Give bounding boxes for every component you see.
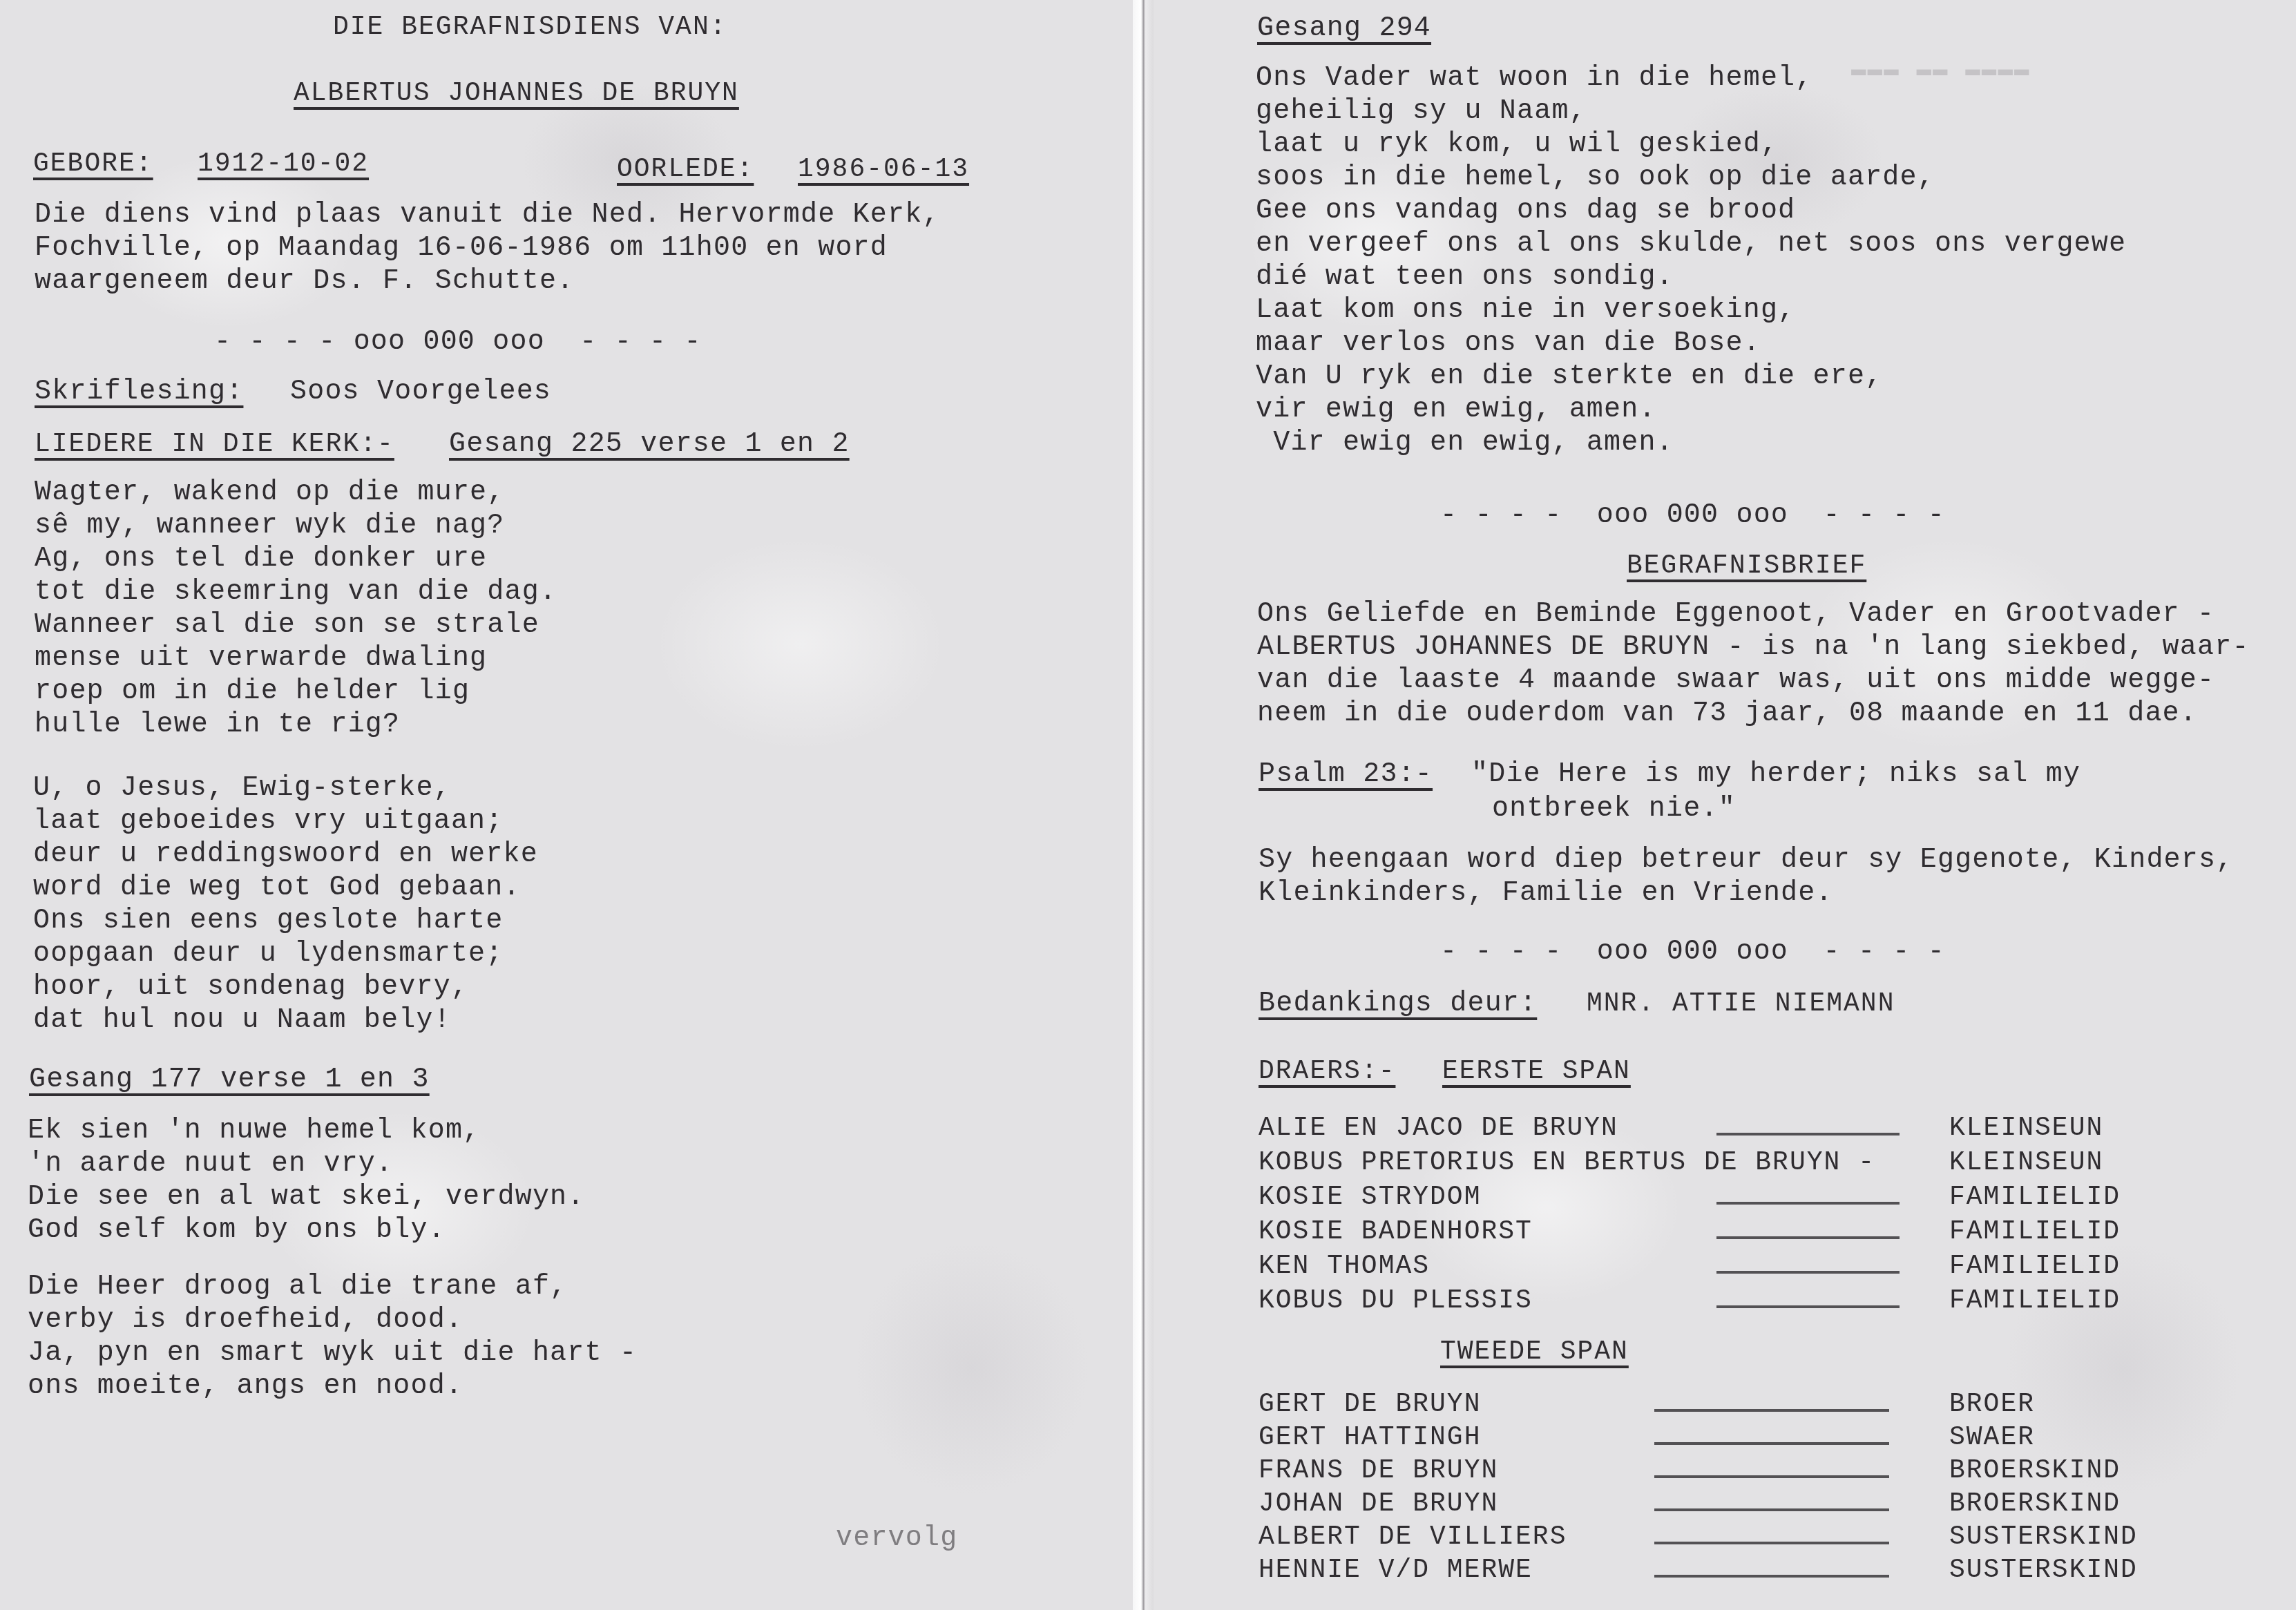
thanks-value: MNR. ATTIE NIEMANN (1587, 988, 1895, 1021)
mourning-line: Kleinkinders, Familie en Vriende. (1259, 877, 1833, 910)
verse-line: laat geboeides vry uitgaan; (33, 805, 504, 838)
divider: - - - - ooo 000 ooo - - - - (214, 326, 702, 359)
verse-line: Ja, pyn en smart wyk uit die hart - (28, 1337, 637, 1370)
service-line: waargeneem deur Ds. F. Schutte. (35, 265, 574, 298)
prayer-line: en vergeef ons al ons skulde, net soos o… (1256, 228, 2126, 261)
born-label: GEBORE: (33, 148, 153, 181)
obituary-line: neem in die ouderdom van 73 jaar, 08 maa… (1257, 698, 2197, 731)
scripture-label: Skriflesing: (35, 376, 243, 409)
bearer-name: JOHAN DE BRUYN (1259, 1488, 1498, 1521)
prayer-line: Gee ons vandag ons dag se brood (1256, 195, 1795, 228)
bearers-label: DRAERS:- (1259, 1055, 1395, 1089)
bearer-name: GERT DE BRUYN (1259, 1388, 1481, 1421)
leader-rule (1654, 1575, 1889, 1578)
verse-line: Die Heer droog al die trane af, (28, 1271, 567, 1304)
leader-rule (1716, 1271, 1900, 1274)
verse-line: Wanneer sal die son se strale (35, 609, 539, 642)
died-label: OORLEDE: (617, 153, 754, 186)
verse-line: 'n aarde nuut en vry. (28, 1148, 393, 1181)
verse-line: word die weg tot God gebaan. (33, 872, 521, 905)
bearer-name: KOSIE STRYDOM (1259, 1181, 1481, 1214)
verse-line: ons moeite, angs en nood. (28, 1370, 463, 1403)
bearer-name: KEN THOMAS (1259, 1250, 1430, 1283)
prayer-line: soos in die hemel, so ook op die aarde, (1256, 162, 1935, 195)
prayer-line: laat u ryk kom, u wil geskied, (1256, 128, 1778, 162)
verse-line: God self kom by ons bly. (28, 1214, 446, 1247)
service-line: Die diens vind plaas vanuit die Ned. Her… (35, 199, 940, 232)
second-team-title: TWEEDE SPAN (1440, 1336, 1629, 1369)
first-team-title: EERSTE SPAN (1442, 1055, 1631, 1089)
verse-line: U, o Jesus, Ewig-sterke, (33, 772, 451, 805)
bearer-relation: BROERSKIND (1949, 1455, 2121, 1488)
bearer-relation: FAMILIELID (1949, 1181, 2121, 1214)
obituary-title: BEGRAFNISBRIEF (1627, 550, 1866, 583)
verse-line: oopgaan deur u lydensmarte; (33, 938, 504, 971)
prayer-line: vir ewig en ewig, amen. (1256, 394, 1656, 427)
leader-rule (1716, 1202, 1900, 1205)
bearer-relation: SWAER (1949, 1421, 2035, 1455)
died-date: 1986-06-13 (798, 153, 969, 186)
prayer-line: Van U ryk en die sterkte en die ere, (1256, 361, 1882, 394)
bearer-name: ALIE EN JACO DE BRUYN (1259, 1112, 1618, 1145)
service-line: Fochville, op Maandag 16-06-1986 om 11h0… (35, 232, 888, 265)
verse-line: tot die skeemring van die dag. (35, 576, 557, 609)
bearer-name: FRANS DE BRUYN (1259, 1455, 1498, 1488)
divider-2: - - - - ooo 000 ooo - - - - (1440, 936, 1945, 969)
verse-line: dat hul nou u Naam bely! (33, 1004, 451, 1037)
verse-line: mense uit verwarde dwaling (35, 642, 487, 675)
scripture-value: Soos Voorgelees (290, 376, 551, 409)
hymn3-title: Gesang 294 (1257, 12, 1431, 46)
bearer-relation: BROERSKIND (1949, 1488, 2121, 1521)
bearer-relation: SUSTERSKIND (1949, 1521, 2138, 1554)
divider-1: - - - - ooo 000 ooo - - - - (1440, 499, 1945, 533)
leader-rule (1654, 1542, 1889, 1544)
obituary-line: van die laaste 4 maande swaar was, uit o… (1257, 664, 2214, 698)
verse-line: deur u reddingswoord en werke (33, 838, 538, 872)
leader-rule (1654, 1409, 1889, 1412)
bearer-relation: BROER (1949, 1388, 2035, 1421)
prayer-line: maar verlos ons van die Bose. (1256, 327, 1761, 361)
verse-line: Ek sien 'n nuwe hemel kom, (28, 1115, 480, 1148)
verse-line: hulle lewe in te rig? (35, 709, 400, 742)
verse-line: Die see en al wat skei, verdwyn. (28, 1181, 585, 1214)
bearer-name: GERT HATTINGH (1259, 1421, 1481, 1455)
leader-rule (1716, 1236, 1900, 1239)
leader-rule (1654, 1475, 1889, 1478)
prayer-line: Ons Vader wat woon in die hemel, (1256, 62, 1813, 95)
verse-line: roep om in die helder lig (35, 675, 470, 709)
bearer-name: KOBUS DU PLESSIS (1259, 1285, 1533, 1318)
bearer-name: KOSIE BADENHORST (1259, 1216, 1533, 1249)
leader-rule (1716, 1133, 1900, 1135)
prayer-line: Vir ewig en ewig, amen. (1256, 427, 1674, 460)
psalm-label: Psalm 23:- (1259, 758, 1433, 792)
bleed-through-text: ▬▬▬ ▬▬ ▬▬▬▬ (1851, 55, 2031, 84)
psalm-quote-line2: ontbreek nie." (1492, 793, 1736, 826)
deceased-name: ALBERTUS JOHANNES DE BRUYN (294, 77, 739, 111)
bearer-relation: SUSTERSKIND (1949, 1554, 2138, 1587)
bearer-name: HENNIE V/D MERWE (1259, 1554, 1533, 1587)
bearer-relation: KLEINSEUN (1949, 1112, 2103, 1145)
thanks-label: Bedankings deur: (1259, 988, 1537, 1021)
prayer-line: Laat kom ons nie in versoeking, (1256, 294, 1795, 327)
bearer-relation: KLEINSEUN (1949, 1147, 2103, 1180)
verse-line: hoor, uit sondenag bevry, (33, 971, 468, 1004)
verse-line: Ons sien eens geslote harte (33, 905, 504, 938)
continued-note: vervolg (836, 1522, 957, 1555)
verse-line: Ag, ons tel die donker ure (35, 543, 487, 576)
leader-rule (1654, 1508, 1889, 1511)
hymn1-title: Gesang 225 verse 1 en 2 (449, 428, 850, 461)
leader-rule (1654, 1442, 1889, 1445)
verse-line: sê my, wanneer wyk die nag? (35, 510, 505, 543)
bearer-name: KOBUS PRETORIUS EN BERTUS DE BRUYN - (1259, 1147, 1875, 1180)
verse-line: verby is droefheid, dood. (28, 1304, 463, 1337)
born-date: 1912-10-02 (198, 148, 369, 181)
bearer-name: ALBERT DE VILLIERS (1259, 1521, 1567, 1554)
page-fold (1133, 0, 1154, 1610)
songs-label: LIEDERE IN DIE KERK:- (35, 428, 394, 461)
prayer-line: dié wat teen ons sondig. (1256, 261, 1674, 294)
obituary-line: Ons Geliefde en Beminde Eggenoot, Vader … (1257, 598, 2214, 631)
bearer-relation: FAMILIELID (1949, 1250, 2121, 1283)
prayer-line: geheilig sy u Naam, (1256, 95, 1587, 128)
bearer-relation: FAMILIELID (1949, 1216, 2121, 1249)
verse-line: Wagter, wakend op die mure, (35, 477, 505, 510)
obituary-line: ALBERTUS JOHANNES DE BRUYN - is na 'n la… (1257, 631, 2250, 664)
leader-rule (1716, 1305, 1900, 1308)
hymn2-title: Gesang 177 verse 1 en 3 (29, 1064, 430, 1097)
psalm-quote-line1: "Die Here is my herder; niks sal my (1471, 758, 2080, 792)
mourning-line: Sy heengaan word diep betreur deur sy Eg… (1259, 844, 2233, 877)
bearer-relation: FAMILIELID (1949, 1285, 2121, 1318)
service-heading: DIE BEGRAFNISDIENS VAN: (333, 11, 727, 44)
